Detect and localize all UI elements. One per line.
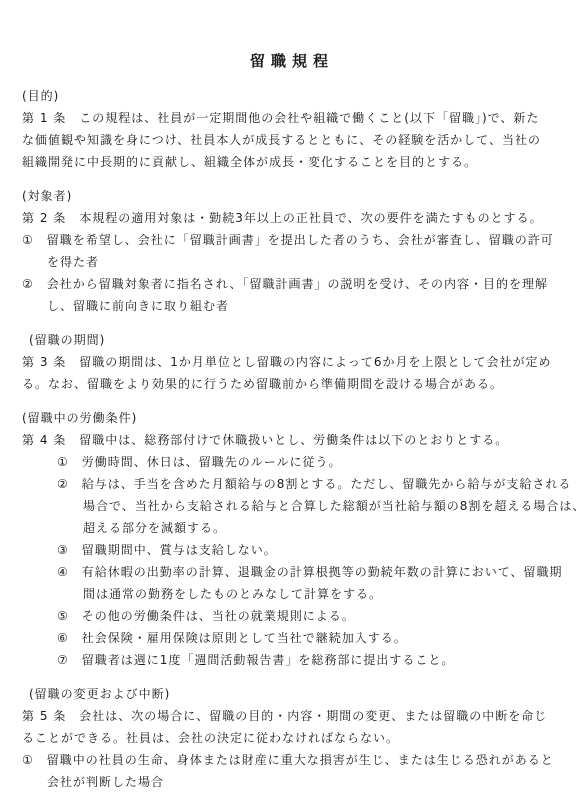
doc-line: 第 1 条 この規程は、社員が一定期間他の会社や組織で働くこと(以下「留職」)で… [22,107,562,129]
sub-item-2: ② 給与は、手当を含めた月額給与の8割とする。ただし、留職先から給与が支給される [22,473,562,495]
sub-item-2-continuation: 場合で、当社から支給される給与と合算した総額が当社給与額の8割を超える場合は、 [22,495,562,517]
section-heading-eligibility: (対象者) [22,185,562,207]
list-item-1-continuation: 会社が判断した場合 [22,771,562,793]
sub-item-5: ⑤ その他の労働条件は、当社の就業規則による。 [22,605,562,627]
sub-item-4: ④ 有給休暇の出勤率の計算、退職金の計算根拠等の勤続年数の計算において、留職期 [22,561,562,583]
sub-item-6: ⑥ 社会保険・雇用保険は原則として当社で継続加入する。 [22,627,562,649]
section-heading-period: (留職の期間) [22,329,562,351]
sub-item-7: ⑦ 留職者は週に1度「週間活動報告書」を総務部に提出すること。 [22,649,562,671]
sub-item-4-continuation: 間は通常の勤務をしたものとみなして計算をする。 [22,583,562,605]
doc-line: 第 2 条 本規程の適用対象は・勤続3年以上の正社員で、次の要件を満たすものとす… [22,207,562,229]
sub-item-1: ① 労働時間、休日は、留職先のルールに従う。 [22,451,562,473]
section-purpose: (目的) 第 1 条 この規程は、社員が一定期間他の会社や組織で働くこと(以下「… [22,85,562,173]
section-heading-purpose: (目的) [22,85,562,107]
doc-line: 第 5 条 会社は、次の場合に、留職の目的・内容・期間の変更、または留職の中断を… [22,705,562,727]
doc-line: ることができる。社員は、会社の決定に従わなければならない。 [22,727,562,749]
doc-line: る。なお、留職をより効果的に行うため留職前から準備期間を設ける場合がある。 [22,373,562,395]
section-working-conditions: (留職中の労働条件) 第 4 条 留職中は、総務部付けで休職扱いとし、労働条件は… [22,407,562,671]
section-change-suspension: (留職の変更および中断) 第 5 条 会社は、次の場合に、留職の目的・内容・期間… [22,683,562,793]
list-item-2: ② 会社から留職対象者に指名され、「留職計画書」の説明を受け、その内容・目的を理… [22,273,562,295]
doc-line: 第 3 条 留職の期間は、1か月単位とし留職の内容によって6か月を上限として会社… [22,351,562,373]
list-item-1: ① 留職を希望し、会社に「留職計画書」を提出した者のうち、会社が審査し、留職の許… [22,229,562,251]
document-title: 留職規程 [22,50,562,72]
doc-line: 組織開発に中長期的に貢献し、組織全体が成長・変化することを目的とする。 [22,151,562,173]
document-page: 留職規程 (目的) 第 1 条 この規程は、社員が一定期間他の会社や組織で働くこ… [0,0,580,811]
section-heading-working-conditions: (留職中の労働条件) [22,407,562,429]
section-eligibility: (対象者) 第 2 条 本規程の適用対象は・勤続3年以上の正社員で、次の要件を満… [22,185,562,317]
section-period: (留職の期間) 第 3 条 留職の期間は、1か月単位とし留職の内容によって6か月… [22,329,562,395]
section-heading-change-suspension: (留職の変更および中断) [22,683,562,705]
list-item-2-continuation: し、留職に前向きに取り組む者 [22,295,562,317]
doc-line: な価値観や知識を身につけ、社員本人が成長するとともに、その経験を活かして、当社の [22,129,562,151]
list-item-1: ① 留職中の社員の生命、身体または財産に重大な損害が生じ、または生じる恐れがある… [22,749,562,771]
list-item-1-continuation: を得た者 [22,251,562,273]
sub-item-2-continuation: 超える部分を減額する。 [22,517,562,539]
doc-line: 第 4 条 留職中は、総務部付けで休職扱いとし、労働条件は以下のとおりとする。 [22,429,562,451]
sub-item-3: ③ 留職期間中、賞与は支給しない。 [22,539,562,561]
